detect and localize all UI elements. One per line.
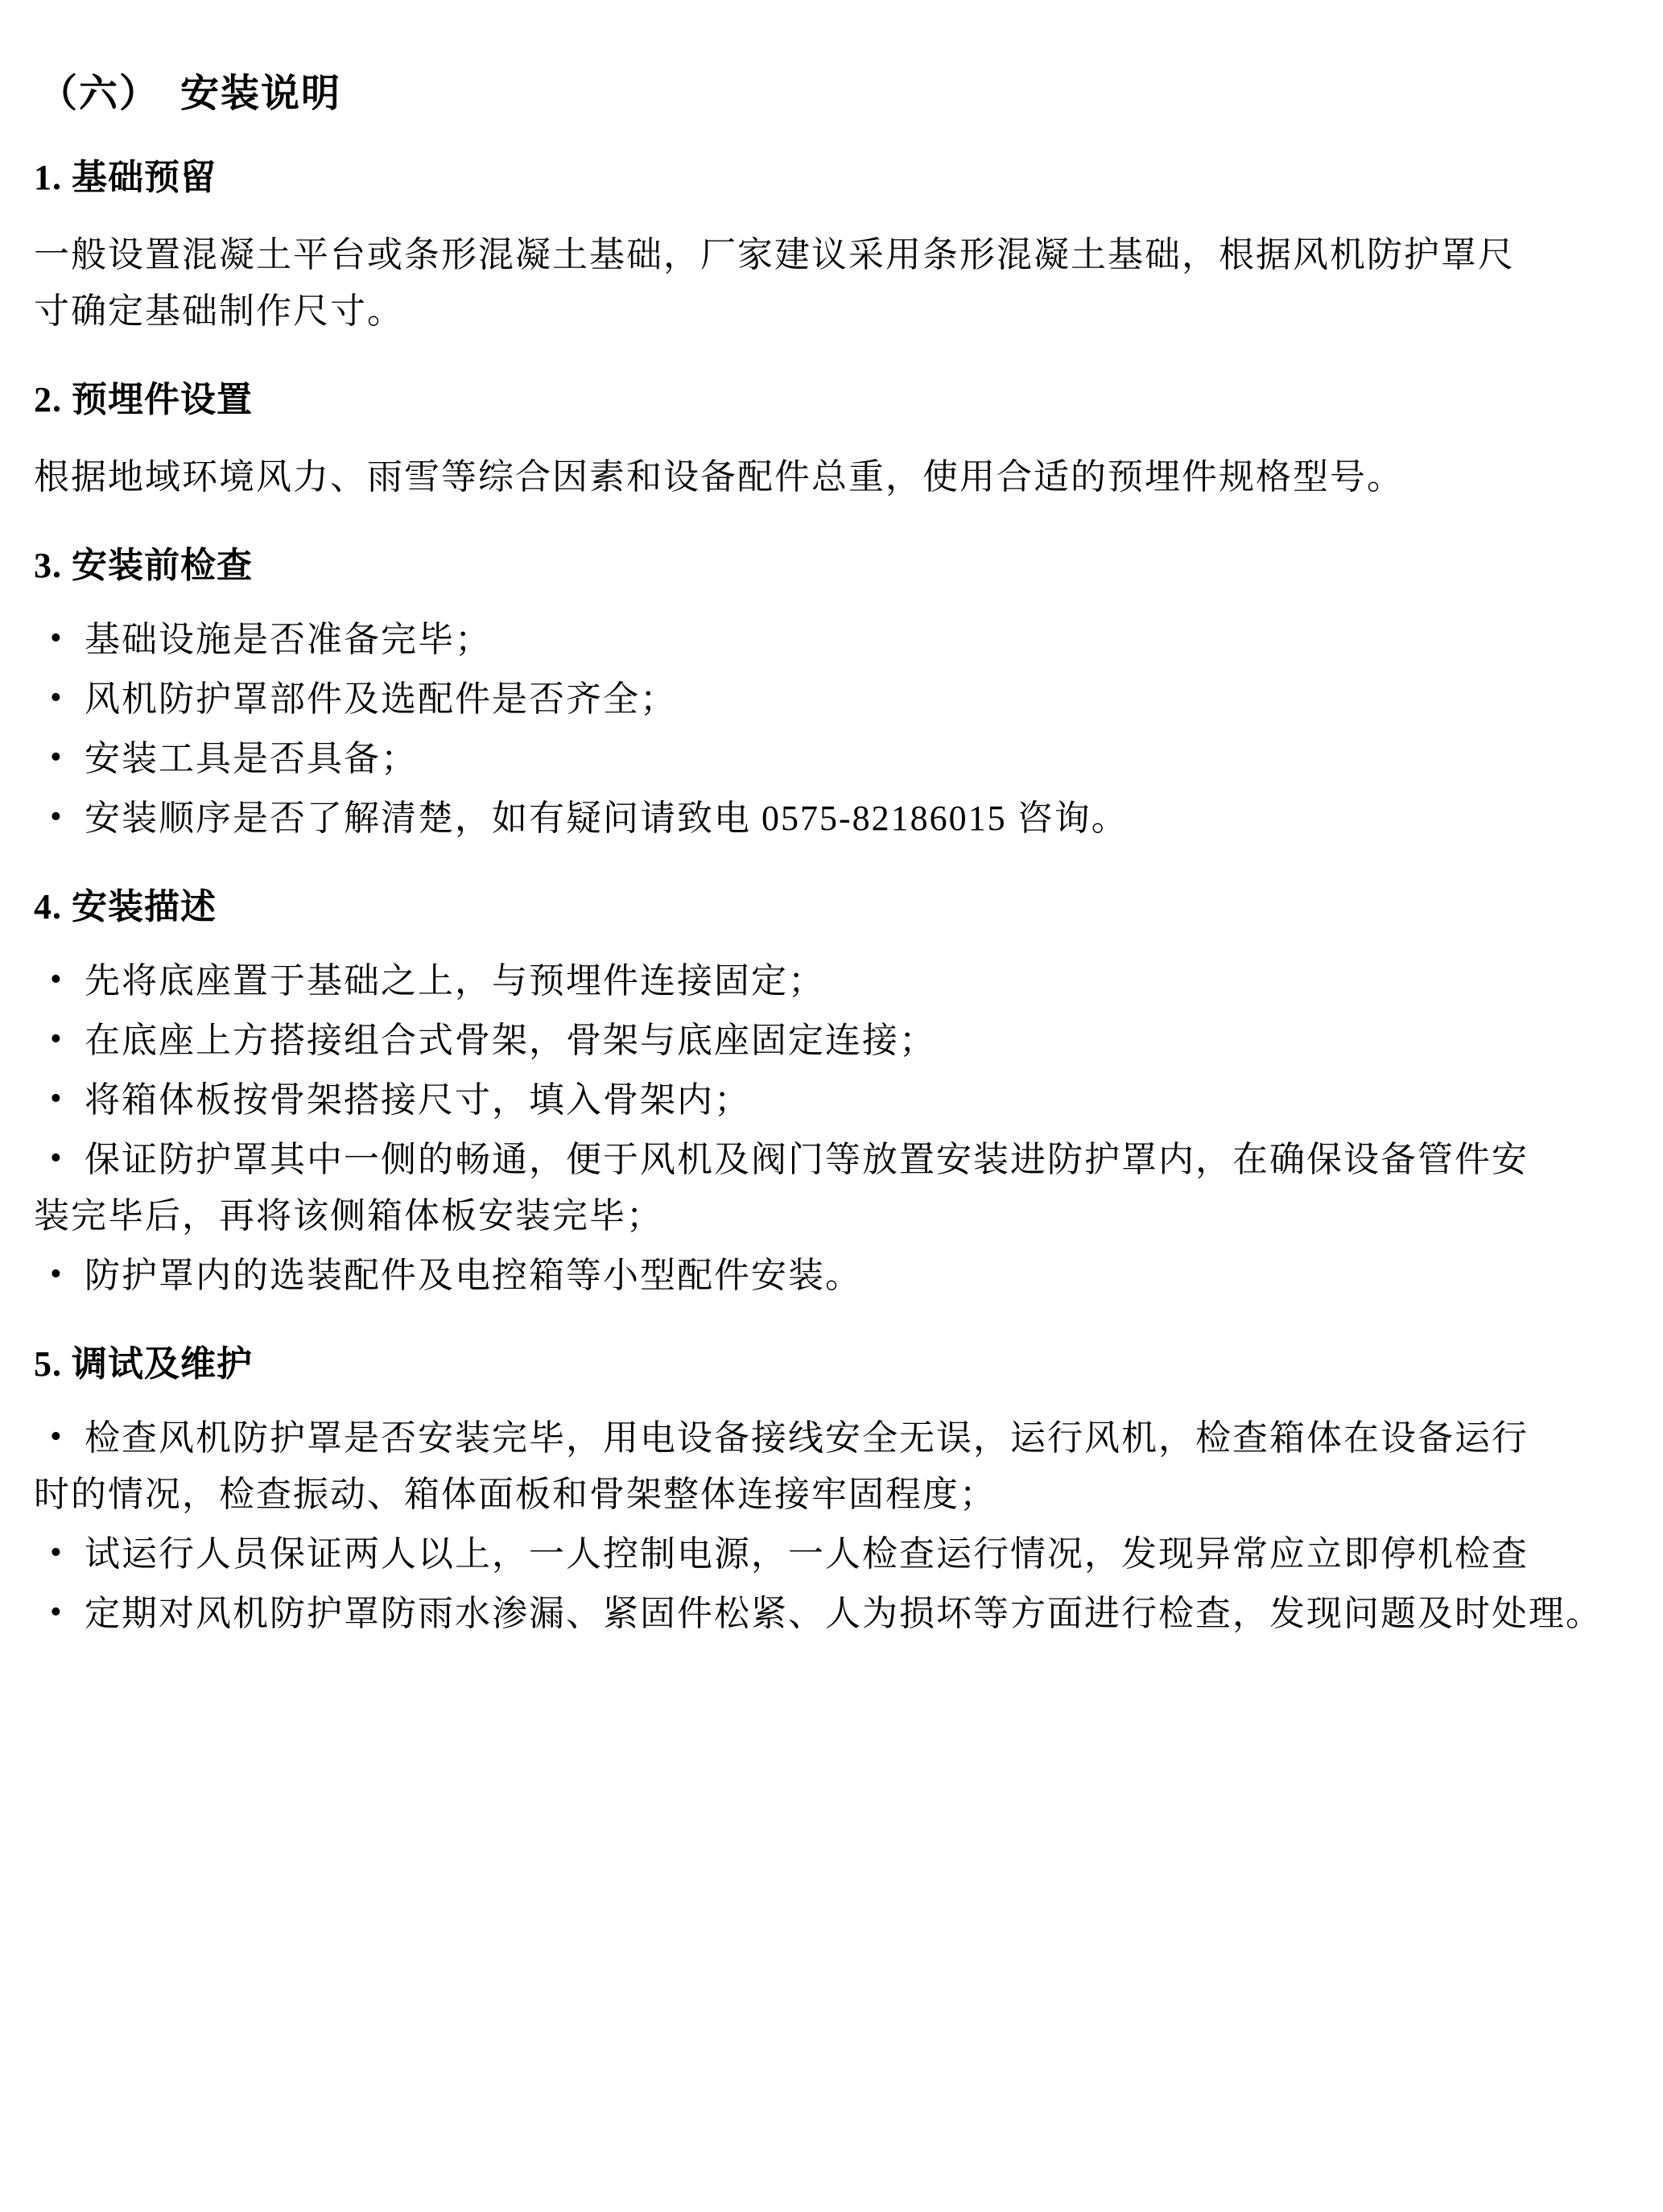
section-install-description: 4. 安装描述 •先将底座置于基础之上，与预埋件连接固定； •在底座上方搭接组合…	[34, 884, 1620, 1304]
section-debug-maintenance: 5. 调试及维护 •检查风机防护罩是否安装完毕，用电设备接线安全无误，运行风机，…	[34, 1341, 1620, 1642]
section-heading: 2. 预埋件设置	[34, 377, 1620, 423]
section-paragraph: 一般设置混凝土平台或条形混凝土基础，厂家建议采用条形混凝土基础，根据风机防护罩尺…	[34, 227, 1620, 340]
bullet-continuation: 时的情况，检查振动、箱体面板和骨架整体连接牢固程度；	[34, 1467, 1620, 1523]
bullet-text: 先将底座置于基础之上，与预埋件连接固定；	[85, 961, 825, 1001]
bullet-item: •将箱体板按骨架搭接尺寸，填入骨架内；	[34, 1072, 1620, 1129]
bullet-text: 在底座上方搭接组合式骨架，骨架与底座固定连接；	[85, 1021, 936, 1060]
bullet-icon: •	[50, 729, 62, 786]
bullet-text: 安装工具是否具备；	[85, 739, 418, 778]
bullet-list: •基础设施是否准备完毕； •风机防护罩部件及选配件是否齐全； •安装工具是否具备…	[34, 612, 1620, 847]
bullet-icon: •	[50, 610, 62, 666]
paragraph-line: 寸确定基础制作尺寸。	[34, 283, 1620, 340]
bullet-item: •基础设施是否准备完毕；	[34, 612, 1620, 668]
bullet-text: 防护罩内的选装配件及电控箱等小型配件安装。	[85, 1256, 862, 1295]
bullet-icon: •	[50, 1584, 62, 1640]
bullet-icon: •	[50, 1071, 62, 1127]
bullet-icon: •	[50, 789, 62, 845]
bullet-text: 保证防护罩其中一侧的畅通，便于风机及阀门等放置安装进防护罩内，在确保设备管件安	[85, 1140, 1529, 1179]
bullet-item: •风机防护罩部件及选配件是否齐全；	[34, 671, 1620, 728]
bullet-icon: •	[50, 1246, 62, 1302]
bullet-icon: •	[50, 1409, 62, 1465]
bullet-icon: •	[50, 951, 62, 1008]
bullet-icon: •	[50, 670, 62, 726]
bullet-item: •试运行人员保证两人以上，一人控制电源，一人检查运行情况，发现异常应立即停机检查	[34, 1526, 1620, 1583]
bullet-text: 试运行人员保证两人以上，一人控制电源，一人检查运行情况，发现异常应立即停机检查	[85, 1534, 1529, 1574]
section-heading: 3. 安装前检查	[34, 543, 1620, 589]
bullet-list: •检查风机防护罩是否安装完毕，用电设备接线安全无误，运行风机，检查箱体在设备运行…	[34, 1410, 1620, 1642]
document-title: （六） 安装说明	[39, 69, 1620, 118]
bullet-item: •检查风机防护罩是否安装完毕，用电设备接线安全无误，运行风机，检查箱体在设备运行…	[34, 1410, 1620, 1523]
bullet-text: 安装顺序是否了解清楚，如有疑问请致电 0575-82186015 咨询。	[85, 799, 1129, 838]
document-page: （六） 安装说明 1. 基础预留 一般设置混凝土平台或条形混凝土基础，厂家建议采…	[0, 0, 1663, 1642]
bullet-text: 风机防护罩部件及选配件是否齐全；	[85, 679, 677, 719]
bullet-item: •防护罩内的选装配件及电控箱等小型配件安装。	[34, 1248, 1620, 1304]
section-embedded-parts: 2. 预埋件设置 根据地域环境风力、雨雪等综合因素和设备配件总重，使用合适的预埋…	[34, 377, 1620, 506]
bullet-item: •保证防护罩其中一侧的畅通，便于风机及阀门等放置安装进防护罩内，在确保设备管件安…	[34, 1132, 1620, 1244]
bullet-icon: •	[50, 1525, 62, 1581]
section-heading: 1. 基础预留	[34, 155, 1620, 201]
bullet-icon: •	[50, 1011, 62, 1067]
section-heading: 5. 调试及维护	[34, 1341, 1620, 1388]
bullet-list: •先将底座置于基础之上，与预埋件连接固定； •在底座上方搭接组合式骨架，骨架与底…	[34, 953, 1620, 1304]
bullet-item: •安装顺序是否了解清楚，如有疑问请致电 0575-82186015 咨询。	[34, 790, 1620, 847]
bullet-text: 基础设施是否准备完毕；	[85, 620, 492, 659]
section-basics: 1. 基础预留 一般设置混凝土平台或条形混凝土基础，厂家建议采用条形混凝土基础，…	[34, 155, 1620, 340]
bullet-item: •先将底座置于基础之上，与预埋件连接固定；	[34, 953, 1620, 1009]
bullet-text: 将箱体板按骨架搭接尺寸，填入骨架内；	[85, 1080, 751, 1120]
bullet-item: •定期对风机防护罩防雨水渗漏、紧固件松紧、人为损坏等方面进行检查，发现问题及时处…	[34, 1586, 1620, 1642]
section-pre-install-check: 3. 安装前检查 •基础设施是否准备完毕； •风机防护罩部件及选配件是否齐全； …	[34, 543, 1620, 847]
bullet-text: 定期对风机防护罩防雨水渗漏、紧固件松紧、人为损坏等方面进行检查，发现问题及时处理…	[85, 1594, 1603, 1633]
bullet-text: 检查风机防护罩是否安装完毕，用电设备接线安全无误，运行风机，检查箱体在设备运行	[85, 1418, 1529, 1458]
bullet-item: •安装工具是否具备；	[34, 731, 1620, 787]
bullet-continuation: 装完毕后，再将该侧箱体板安装完毕；	[34, 1188, 1620, 1244]
section-paragraph: 根据地域环境风力、雨雪等综合因素和设备配件总重，使用合适的预埋件规格型号。	[34, 449, 1620, 506]
section-heading: 4. 安装描述	[34, 884, 1620, 931]
paragraph-line: 一般设置混凝土平台或条形混凝土基础，厂家建议采用条形混凝土基础，根据风机防护罩尺	[34, 227, 1620, 283]
bullet-item: •在底座上方搭接组合式骨架，骨架与底座固定连接；	[34, 1013, 1620, 1069]
paragraph-line: 根据地域环境风力、雨雪等综合因素和设备配件总重，使用合适的预埋件规格型号。	[34, 449, 1620, 506]
bullet-icon: •	[50, 1130, 62, 1186]
